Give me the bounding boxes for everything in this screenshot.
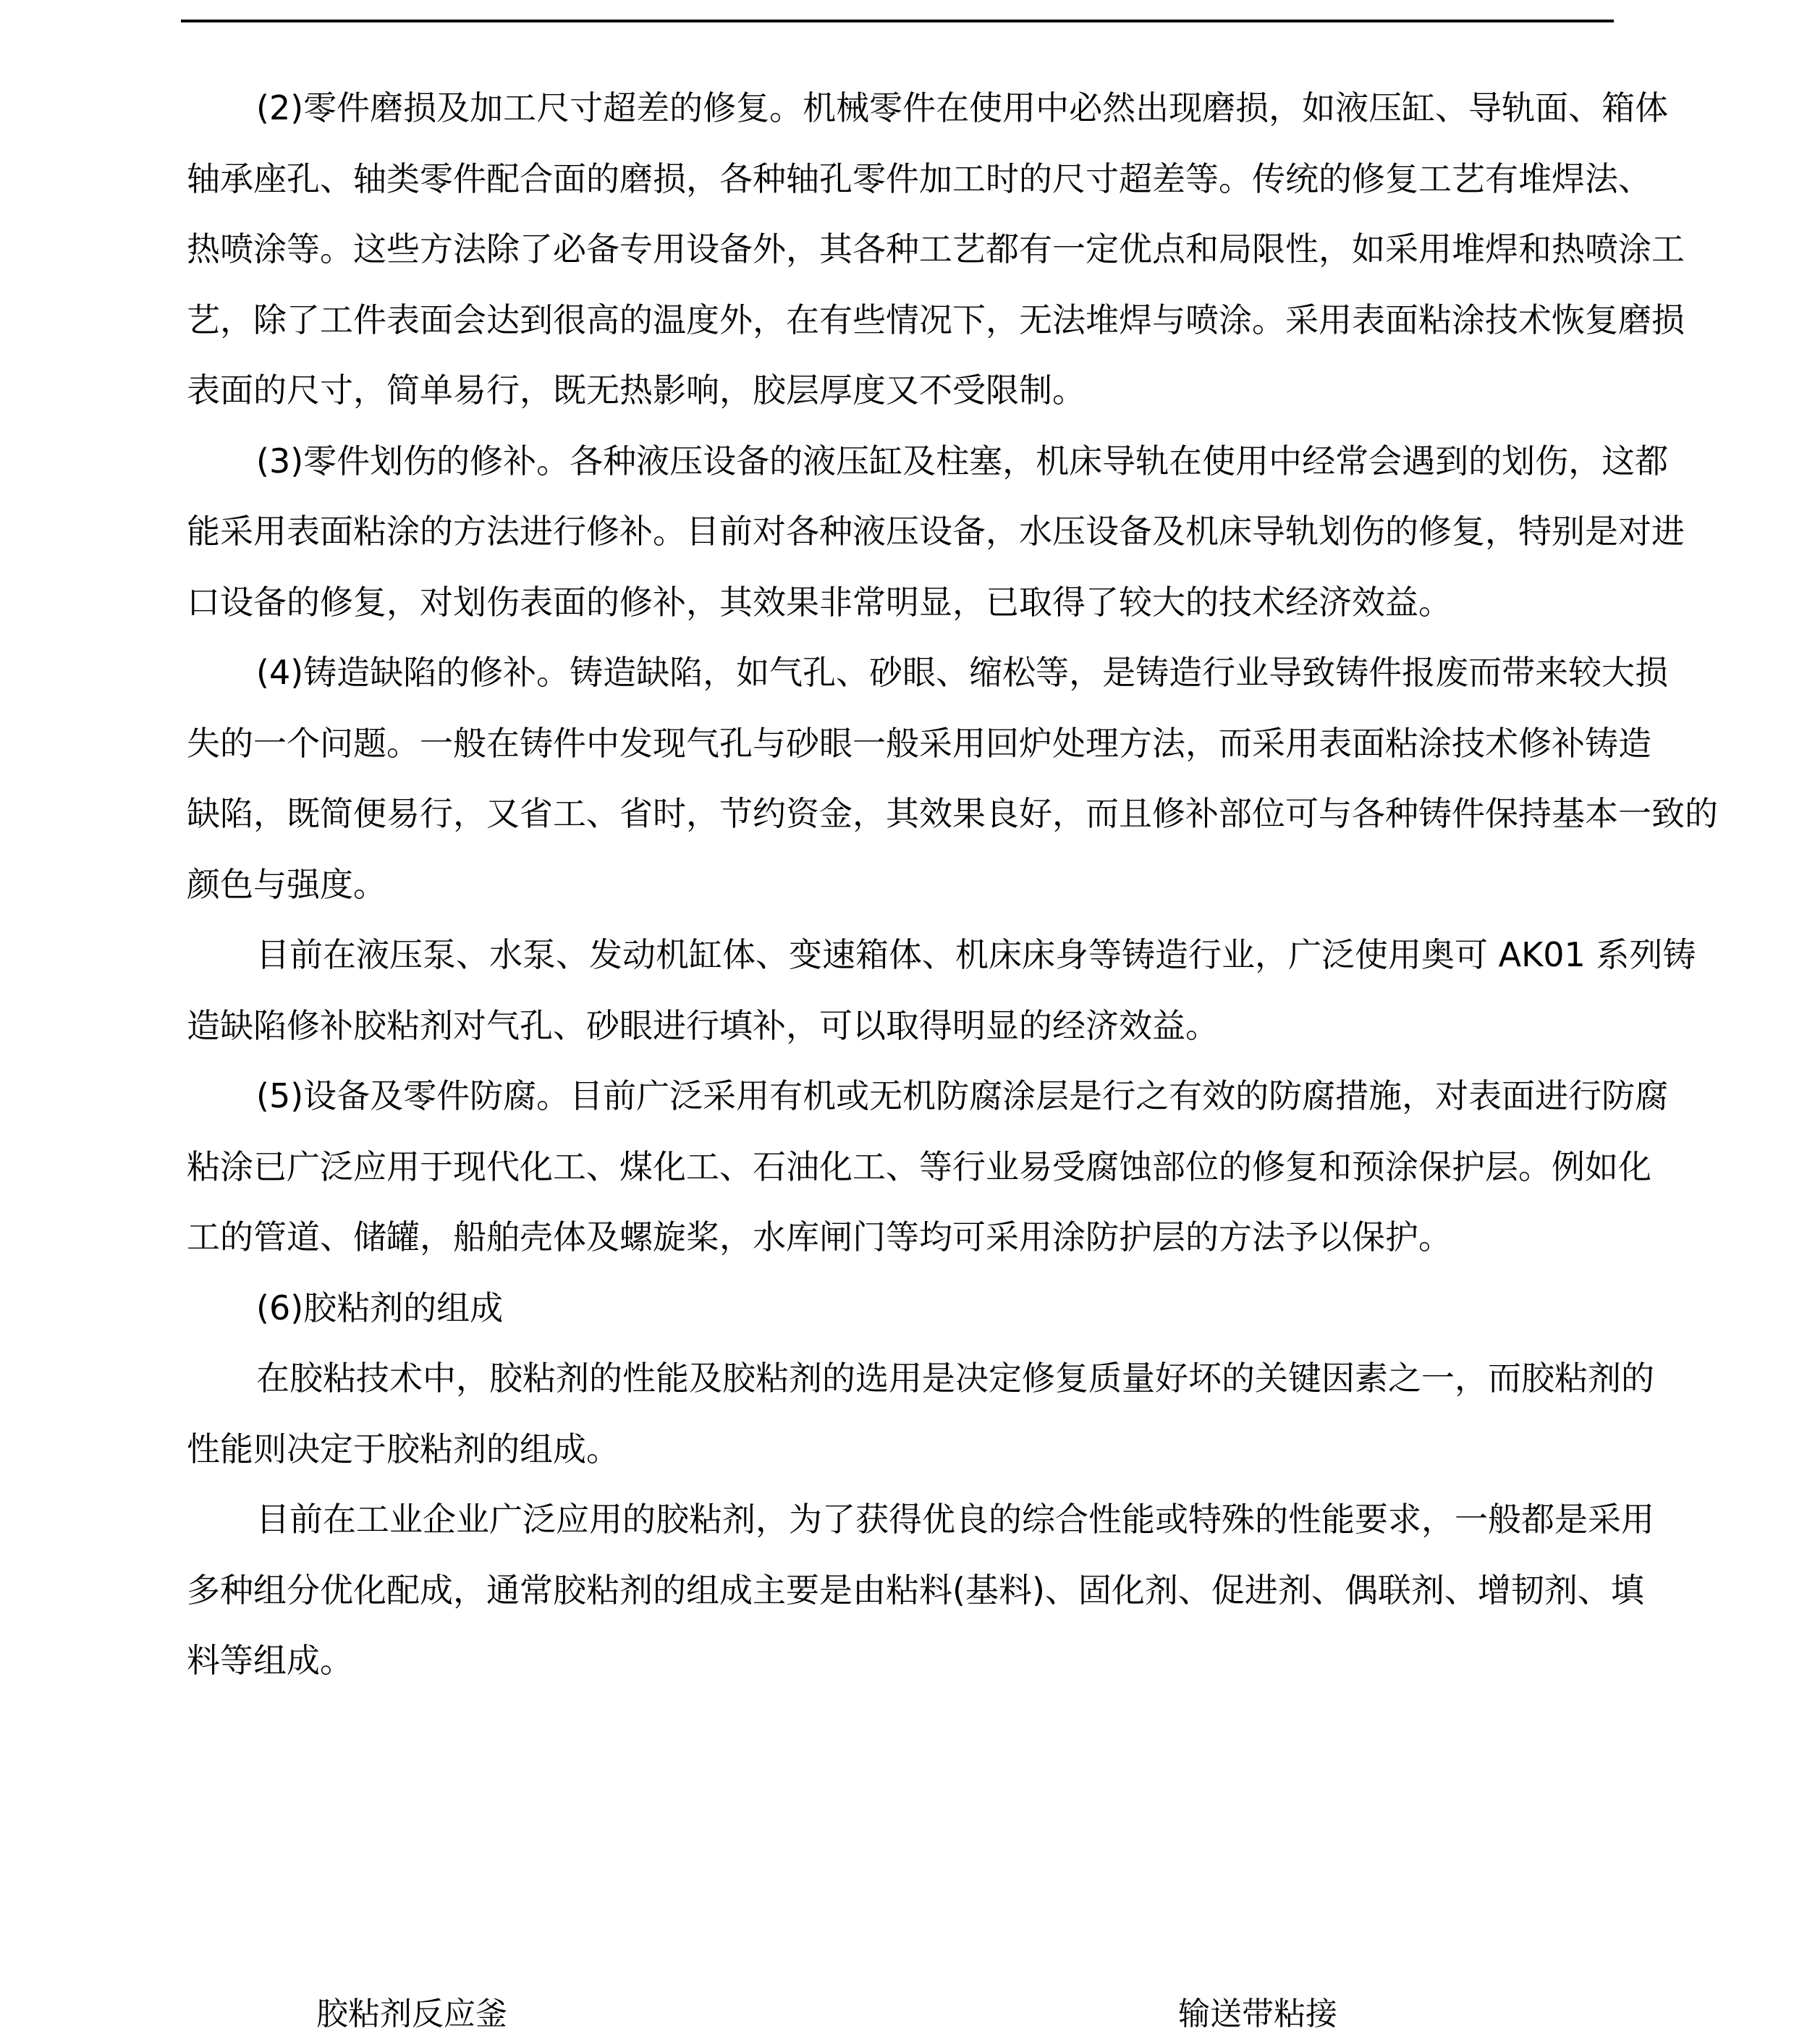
text-line: (3)零件划伤的修补。各种液压设备的液压缸及柱塞，机床导轨在使用中经常会遇到的划… <box>187 426 1610 497</box>
paragraph-2-wear-repair: (2)零件磨损及加工尺寸超差的修复。机械零件在使用中必然出现磨损，如液压缸、导轨… <box>187 73 1610 426</box>
text-line: 轴承座孔、轴类零件配合面的磨损，各种轴孔零件加工时的尺寸超差等。传统的修复工艺有… <box>187 144 1610 215</box>
text-line: 失的一个问题。一般在铸件中发现气孔与砂眼一般采用回炉处理方法，而采用表面粘涂技术… <box>187 709 1610 780</box>
text-line: 口设备的修复，对划伤表面的修补，其效果非常明显，已取得了较大的技术经济效益。 <box>187 567 1610 638</box>
text-line: 粘涂已广泛应用于现代化工、煤化工、石油化工、等行业易受腐蚀部位的修复和预涂保护层… <box>187 1132 1610 1203</box>
text-line: 造缺陷修补胶粘剂对气孔、砂眼进行填补，可以取得明显的经济效益。 <box>187 991 1610 1062</box>
text-line: (5)设备及零件防腐。目前广泛采用有机或无机防腐涂层是行之有效的防腐措施，对表面… <box>187 1061 1610 1132</box>
text-line: 表面的尺寸，简单易行，既无热影响，胶层厚度又不受限制。 <box>187 355 1610 426</box>
text-line: 工的管道、储罐，船舶壳体及螺旋桨，水库闸门等均可采用涂防护层的方法予以保护。 <box>187 1202 1610 1273</box>
text-line: 在胶粘技术中，胶粘剂的性能及胶粘剂的选用是决定修复质量好坏的关键因素之一，而胶粘… <box>187 1343 1610 1414</box>
text-line: 缺陷，既简便易行，又省工、省时，节约资金，其效果良好，而且修补部位可与各种铸件保… <box>187 779 1610 850</box>
paragraph-4-casting-defect-repair: (4)铸造缺陷的修补。铸造缺陷，如气孔、砂眼、缩松等，是铸造行业导致铸件报废而带… <box>187 638 1610 920</box>
paragraph-adhesive-components: 目前在工业企业广泛应用的胶粘剂，为了获得优良的综合性能或特殊的性能要求，一般都是… <box>187 1485 1610 1697</box>
document-body: (2)零件磨损及加工尺寸超差的修复。机械零件在使用中必然出现磨损，如液压缸、导轨… <box>187 73 1610 1697</box>
paragraph-ak01-usage: 目前在液压泵、水泵、发动机缸体、变速箱体、机床床身等铸造行业，广泛使用奥可 AK… <box>187 920 1610 1061</box>
text-line: 目前在液压泵、水泵、发动机缸体、变速箱体、机床床身等铸造行业，广泛使用奥可 AK… <box>187 920 1610 991</box>
text-line: 多种组分优化配成，通常胶粘剂的组成主要是由粘料(基料)、固化剂、促进剂、偶联剂、… <box>187 1555 1610 1626</box>
text-line: 性能则决定于胶粘剂的组成。 <box>187 1414 1610 1485</box>
paragraph-3-scratch-repair: (3)零件划伤的修补。各种液压设备的液压缸及柱塞，机床导轨在使用中经常会遇到的划… <box>187 426 1610 638</box>
paragraph-5-anticorrosion: (5)设备及零件防腐。目前广泛采用有机或无机防腐涂层是行之有效的防腐措施，对表面… <box>187 1061 1610 1273</box>
text-line: 能采用表面粘涂的方法进行修补。目前对各种液压设备，水压设备及机床导轨划伤的修复，… <box>187 497 1610 567</box>
section-heading-6-adhesive-composition: (6)胶粘剂的组成 <box>187 1273 1610 1344</box>
text-line: 目前在工业企业广泛应用的胶粘剂，为了获得优良的综合性能或特殊的性能要求，一般都是… <box>187 1485 1610 1555</box>
figure-caption-reactor: 胶粘剂反应釜 <box>316 1996 507 2032</box>
text-line: 热喷涂等。这些方法除了必备专用设备外，其各种工艺都有一定优点和局限性，如采用堆焊… <box>187 214 1610 285</box>
figure-caption-conveyor-belt: 输送带粘接 <box>1178 1996 1337 2032</box>
text-line: (2)零件磨损及加工尺寸超差的修复。机械零件在使用中必然出现磨损，如液压缸、导轨… <box>187 73 1610 144</box>
text-line: 料等组成。 <box>187 1626 1610 1697</box>
text-line: 艺，除了工件表面会达到很高的温度外，在有些情况下，无法堆焊与喷涂。采用表面粘涂技… <box>187 285 1610 356</box>
text-line: 颜色与强度。 <box>187 850 1610 921</box>
paragraph-adhesive-performance: 在胶粘技术中，胶粘剂的性能及胶粘剂的选用是决定修复质量好坏的关键因素之一，而胶粘… <box>187 1343 1610 1485</box>
header-rule <box>181 20 1614 22</box>
text-line: (4)铸造缺陷的修补。铸造缺陷，如气孔、砂眼、缩松等，是铸造行业导致铸件报废而带… <box>187 638 1610 709</box>
section-heading: (6)胶粘剂的组成 <box>187 1273 1610 1344</box>
